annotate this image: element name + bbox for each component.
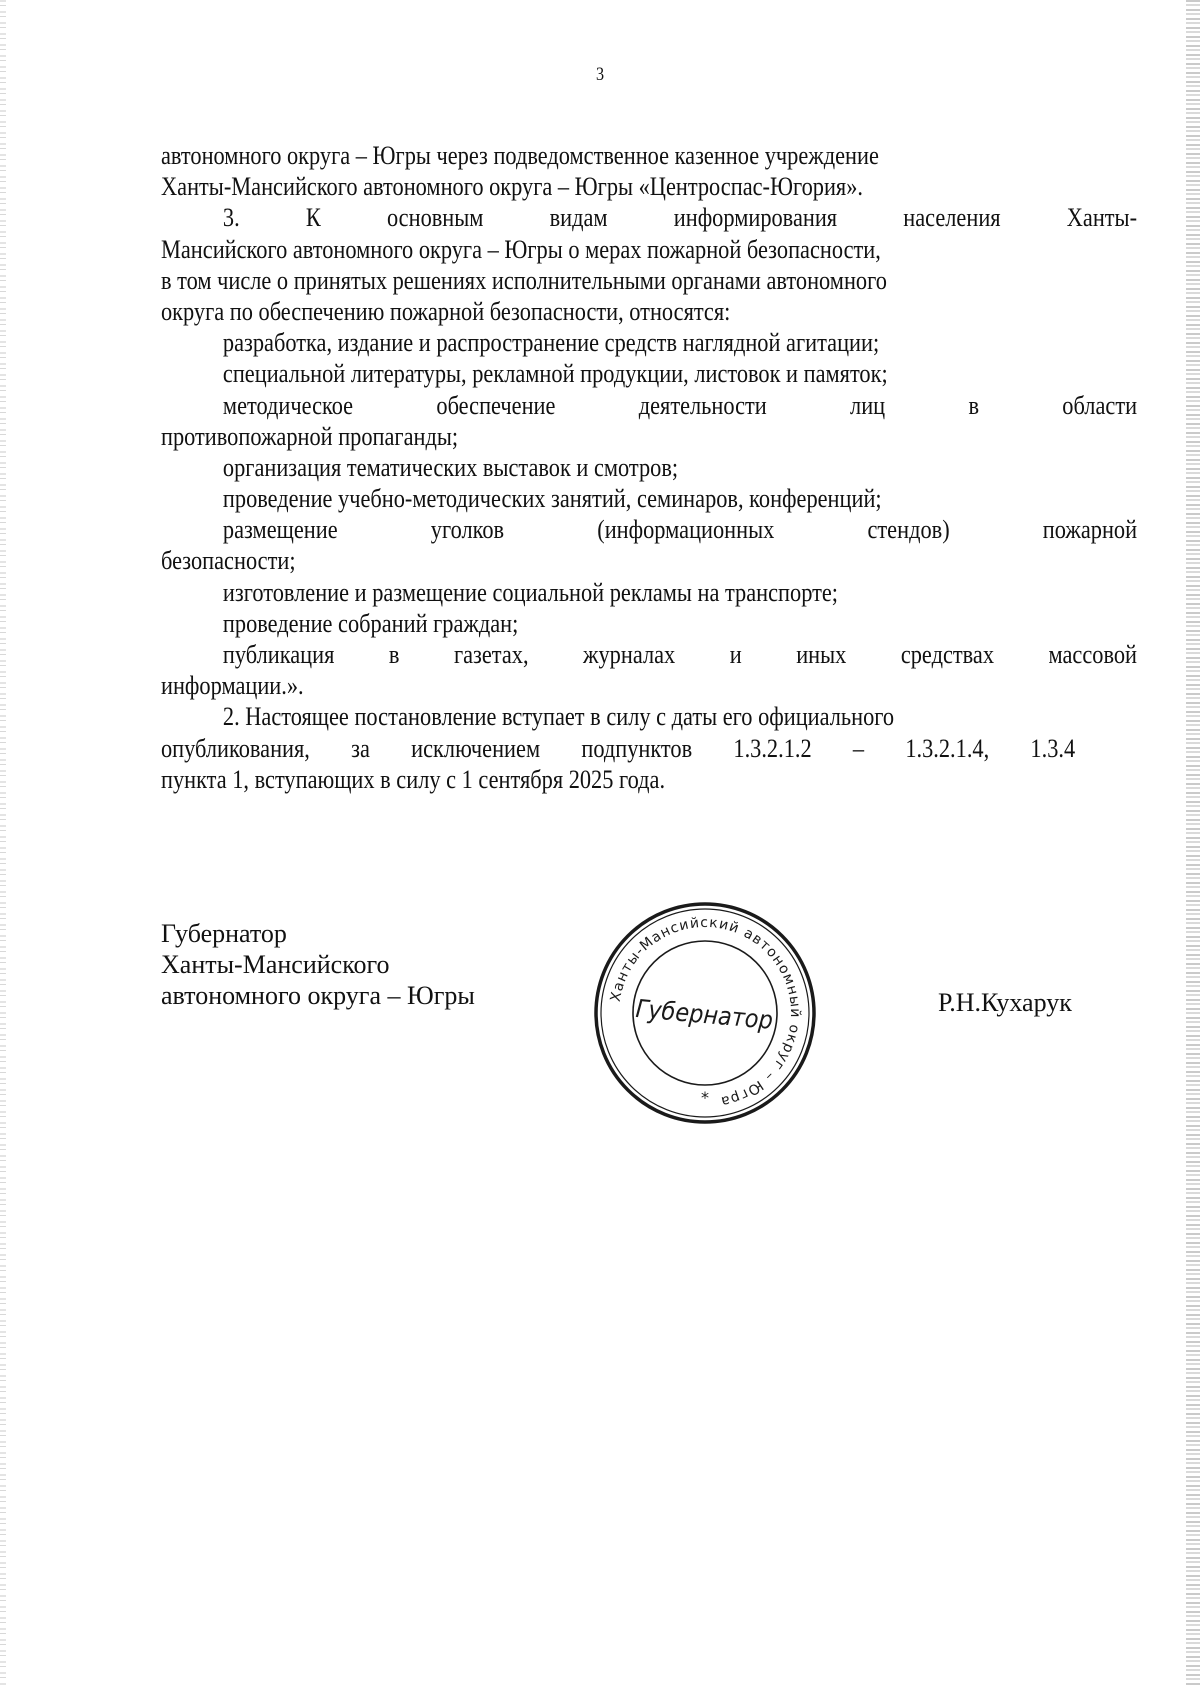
body-line: специальной литературы, рекламной продук… xyxy=(161,358,1137,389)
body-line: проведение учебно-методических занятий, … xyxy=(161,483,1137,514)
scan-edge-left xyxy=(0,0,6,1686)
body-line: Ханты-Мансийского автономного округа – Ю… xyxy=(161,171,1075,202)
body-line: округа по обеспечению пожарной безопасно… xyxy=(161,296,1075,327)
body-line: автономного округа – Югры через подведом… xyxy=(161,140,1075,171)
body-line: изготовление и размещение социальной рек… xyxy=(161,577,1137,608)
stamp-star: * xyxy=(701,1088,709,1107)
body-line-justified: размещение уголков (информационных стенд… xyxy=(161,514,1137,545)
body-line: в том числе о принятых решениях исполнит… xyxy=(161,265,1075,296)
page-number: 3 xyxy=(90,64,1110,86)
body-line: Мансийского автономного округа – Югры о … xyxy=(161,234,1075,265)
body-line: информации.». xyxy=(161,670,1075,701)
scan-edge-right xyxy=(1186,0,1200,1686)
body-line: безопасности; xyxy=(161,545,1075,576)
body-line: проведение собраний граждан; xyxy=(161,608,1137,639)
body-line: 2. Настоящее постановление вступает в си… xyxy=(161,701,1137,732)
signatory-position: Губернатор Ханты-Мансийского автономного… xyxy=(161,918,475,1011)
signatory-region: Ханты-Мансийского xyxy=(161,949,475,980)
signatory-name: Р.Н.Кухарук xyxy=(938,988,1072,1018)
stamp-center-text: Губернатор xyxy=(635,994,774,1035)
official-seal-stamp: Ханты-Мансийский автономный округ – Югра… xyxy=(592,900,818,1126)
body-line: пункта 1, вступающих в силу с 1 сентября… xyxy=(161,764,1075,795)
signatory-region: автономного округа – Югры xyxy=(161,980,475,1011)
body-line-justified: публикация в газетах, журналах и иных ср… xyxy=(161,639,1137,670)
body-line: разработка, издание и распространение ср… xyxy=(161,327,1137,358)
body-line-justified: 3. К основным видам информирования насел… xyxy=(161,202,1137,233)
document-body: автономного округа – Югры через подведом… xyxy=(161,140,1075,795)
seal-icon: Ханты-Мансийский автономный округ – Югра… xyxy=(592,900,818,1126)
body-line: противопожарной пропаганды; xyxy=(161,421,1075,452)
signatory-title: Губернатор xyxy=(161,918,475,949)
body-line-justified: опубликования, за исключением подпунктов… xyxy=(161,733,1075,764)
body-line: организация тематических выставок и смот… xyxy=(161,452,1137,483)
body-line-justified: методическое обеспечение деятельности ли… xyxy=(161,390,1137,421)
